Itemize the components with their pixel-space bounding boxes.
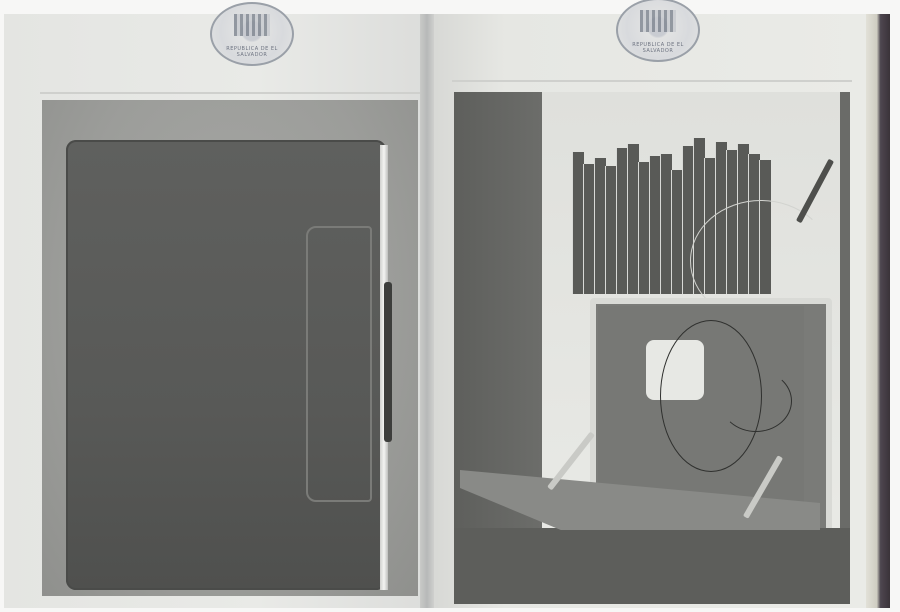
left-page-stamp: REPUBLICA DE EL SALVADOR <box>210 2 294 66</box>
left-page-rule <box>40 92 420 94</box>
briefcase-handle <box>306 226 372 502</box>
stamp-text: REPUBLICA DE EL SALVADOR <box>618 42 698 54</box>
wire <box>720 370 792 432</box>
stamp-emblem-icon <box>640 10 676 32</box>
stamp-text: REPUBLICA DE EL SALVADOR <box>212 46 292 58</box>
book-gutter <box>420 14 434 608</box>
right-page-rule <box>452 80 852 82</box>
photo-floor <box>454 528 850 604</box>
briefcase-latch <box>384 282 392 442</box>
stamp-emblem-icon <box>234 14 270 36</box>
right-page-stamp: REPUBLICA DE EL SALVADOR <box>616 0 700 62</box>
book-cover-edge <box>866 14 890 608</box>
book-scene: REPUBLICA DE EL SALVADOR REPUBLICA DE EL… <box>0 0 900 612</box>
